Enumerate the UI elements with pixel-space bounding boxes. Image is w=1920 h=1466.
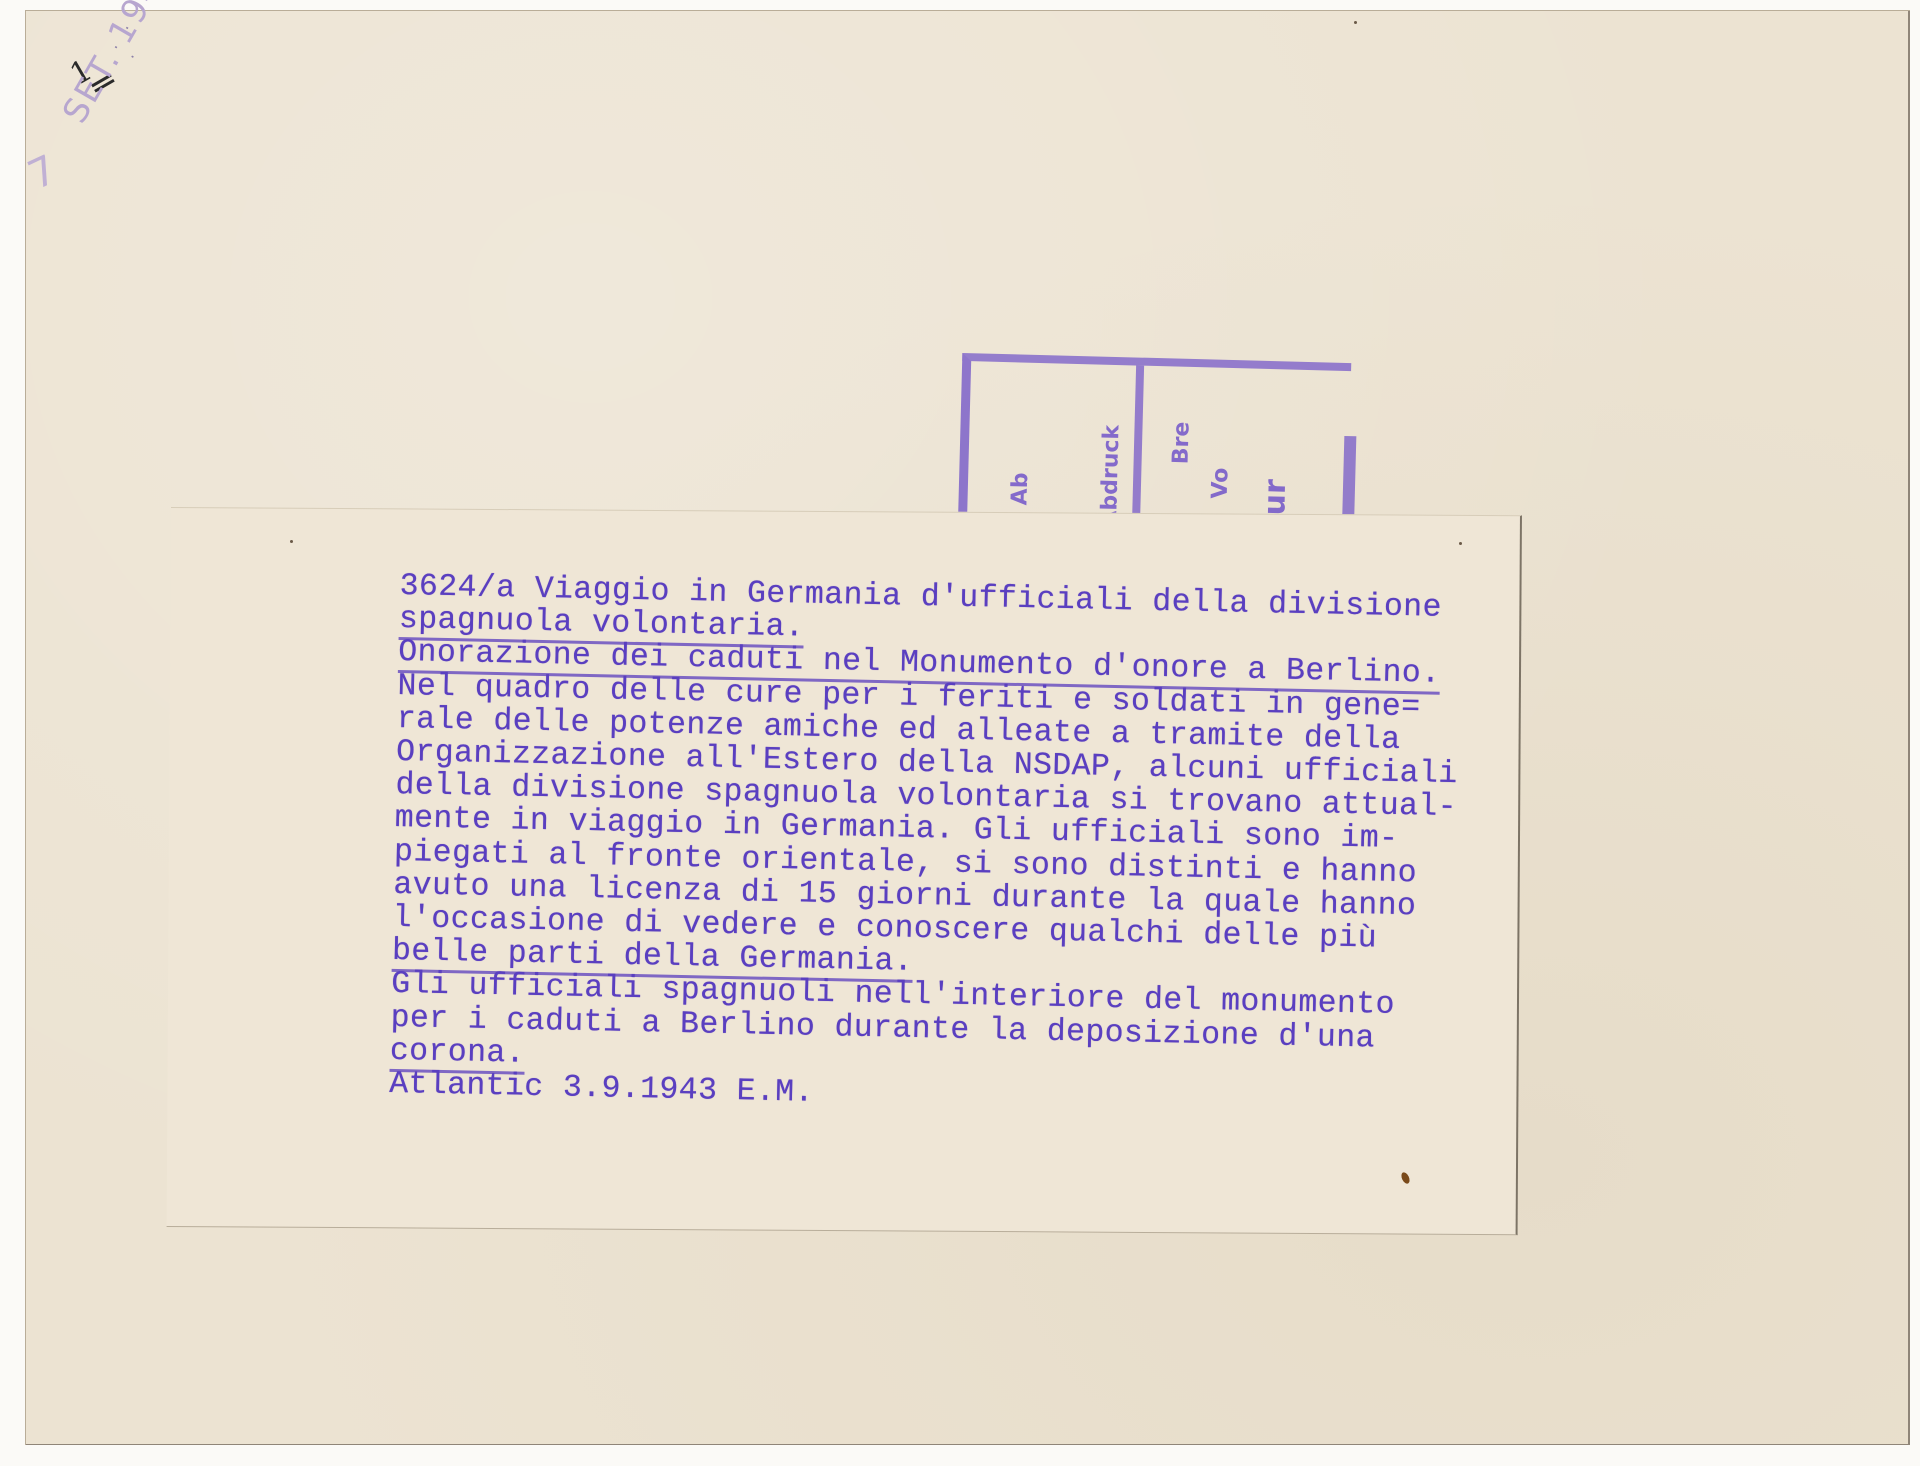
paper-speck (290, 540, 293, 543)
paper-speck (1459, 542, 1462, 545)
stamp-text-fragment: Bre (1169, 421, 1195, 464)
stamp-text-fragment: Ab (1007, 472, 1033, 505)
stamp-text-fragment: Vo (1208, 467, 1234, 499)
paper-speck (1354, 21, 1357, 24)
stamp-divider (1132, 365, 1144, 535)
typewritten-caption: 3624/a Viaggio in Germania d'ufficiali d… (389, 570, 1540, 1125)
